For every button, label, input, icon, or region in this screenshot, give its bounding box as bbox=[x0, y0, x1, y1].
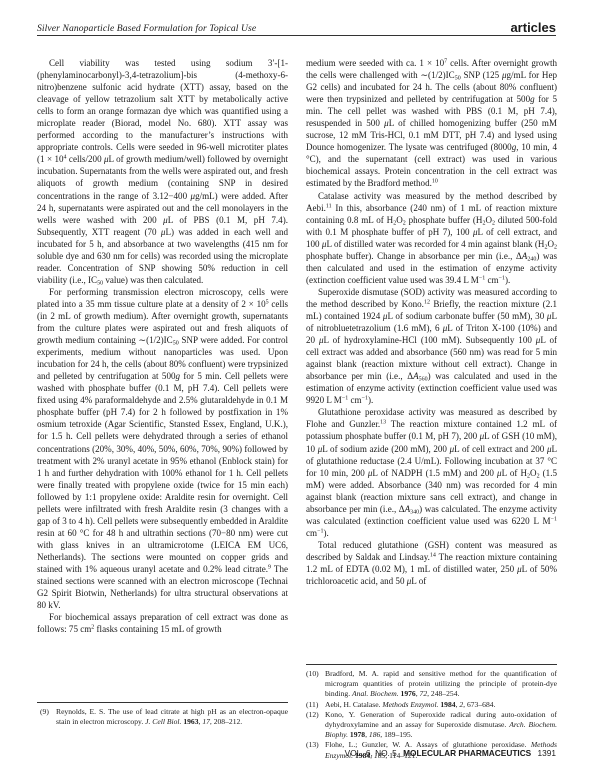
page-number: 1391 bbox=[538, 748, 556, 758]
journal-name: MOLECULAR PHARMACEUTICS bbox=[403, 748, 531, 758]
right-column: medium were seeded with ca. 1 × 107 cell… bbox=[306, 57, 557, 587]
footnote-12: (12)Kono, Y. Generation of Superoxide ra… bbox=[306, 710, 557, 741]
paragraph-tem: For performing transmission electron mic… bbox=[37, 286, 288, 611]
paragraph-sod: Superoxide dismutase (SOD) activity was … bbox=[306, 286, 557, 406]
footnote-10: (10)Bradford, M. A. rapid and sensitive … bbox=[306, 669, 557, 700]
footnote-11: (11)Aebi, H. Catalase. Methods Enzymol. … bbox=[306, 700, 557, 710]
paragraph-cell-extract: For biochemical assays preparation of ce… bbox=[37, 611, 288, 635]
footnote-number: (10) bbox=[306, 669, 319, 679]
volume-issue: VOL. 6, NO. 5 bbox=[345, 748, 397, 758]
section-tag: articles bbox=[510, 20, 556, 35]
running-header: Silver Nanoparticle Based Formulation fo… bbox=[37, 19, 556, 36]
footnote-number: (12) bbox=[306, 710, 319, 720]
paragraph-gpx: Glutathione peroxidase activity was meas… bbox=[306, 406, 557, 539]
footnote-9: (9)Reynolds, E. S. The use of lead citra… bbox=[37, 707, 288, 727]
paragraph-catalase: Catalase activity was measured by the me… bbox=[306, 190, 557, 286]
footnote-divider-right bbox=[306, 664, 557, 665]
footnote-number: (11) bbox=[306, 700, 318, 710]
citation-10[interactable]: 10 bbox=[432, 179, 438, 185]
page-footer: VOL. 6, NO. 5 MOLECULAR PHARMACEUTICS 13… bbox=[345, 748, 556, 758]
running-title: Silver Nanoparticle Based Formulation fo… bbox=[37, 23, 256, 34]
left-column: Cell viability was tested using sodium 3… bbox=[37, 57, 288, 635]
journal-page: Silver Nanoparticle Based Formulation fo… bbox=[0, 0, 589, 783]
footnote-number: (9) bbox=[40, 707, 49, 717]
footnote-number: (13) bbox=[306, 740, 319, 750]
paragraph-xtt-assay: Cell viability was tested using sodium 3… bbox=[37, 57, 288, 286]
paragraph-gsh: Total reduced glutathione (GSH) content … bbox=[306, 539, 557, 587]
footnote-divider-left bbox=[37, 702, 288, 703]
paragraph-cell-extract-continued: medium were seeded with ca. 1 × 107 cell… bbox=[306, 57, 557, 190]
footnotes-left: (9)Reynolds, E. S. The use of lead citra… bbox=[37, 707, 288, 727]
